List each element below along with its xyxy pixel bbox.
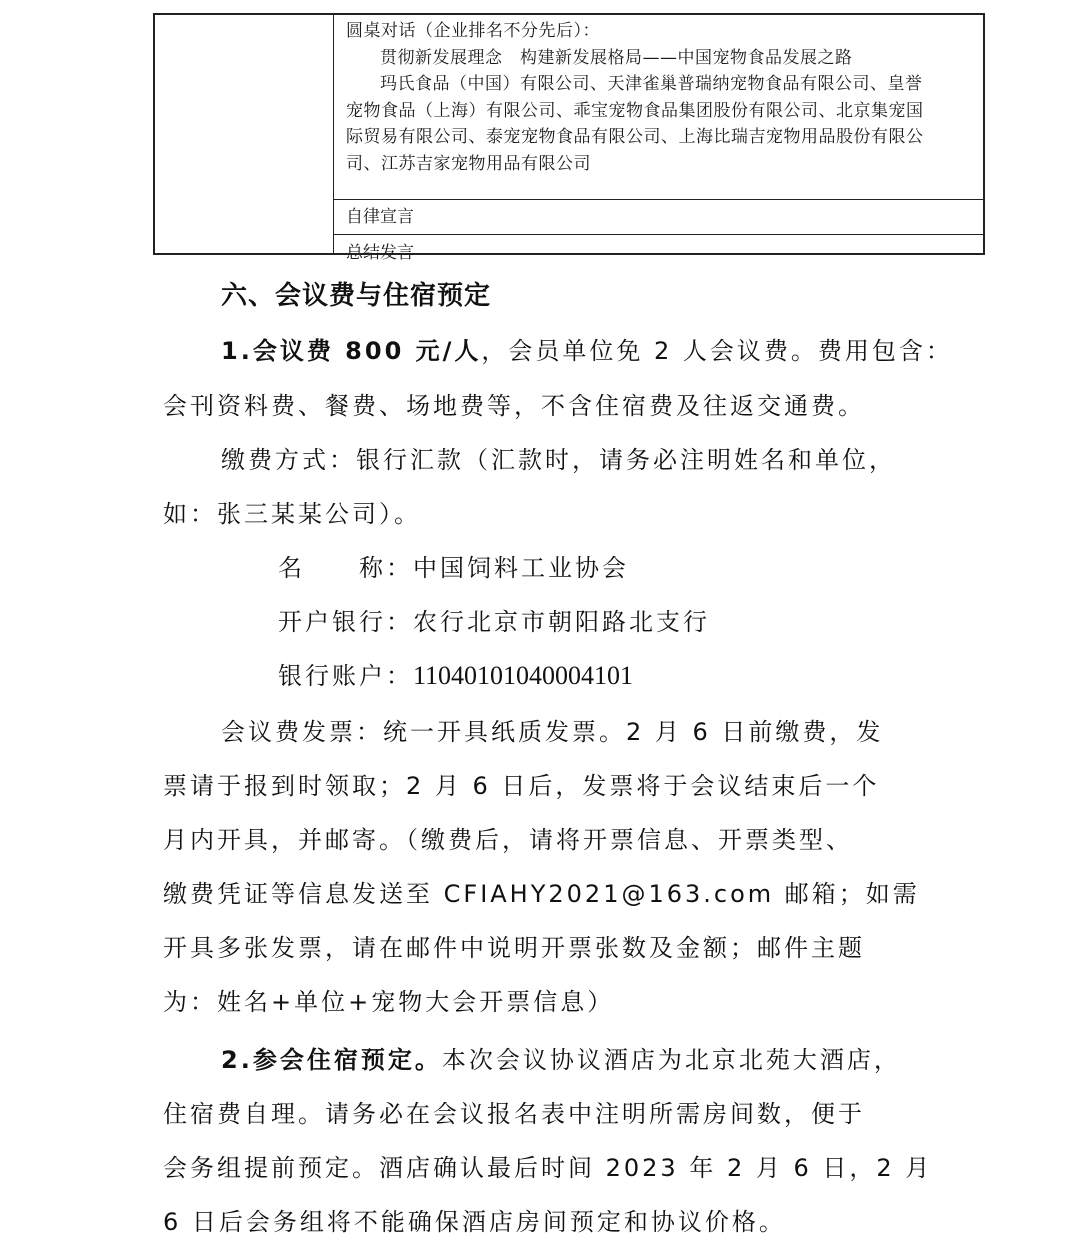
fee-line-1-rest: ，会员单位免 2 人会议费。费用包含：: [481, 337, 953, 365]
roundtable-cell: 圆桌对话（企业排名不分先后）： 贯彻新发展理念 构建新发展格局——中国宠物食品发…: [334, 18, 983, 196]
companies-line: 司、江苏吉家宠物用品有限公司: [346, 151, 983, 178]
fee-line-1: 1.会议费 800 元/人，会员单位免 2 人会议费。费用包含：: [221, 331, 981, 366]
payment-line-2: 如：张三某某公司）。: [163, 494, 923, 529]
bank-account-label: 银行账户：: [278, 662, 413, 690]
fee-line-2: 会刊资料费、餐费、场地费等，不含住宿费及往返交通费。: [163, 386, 923, 421]
roundtable-theme: 贯彻新发展理念 构建新发展格局——中国宠物食品发展之路: [346, 45, 983, 72]
invoice-line: 月内开具，并邮寄。（缴费后，请将开票信息、开票类型、: [163, 820, 923, 855]
bank-name-label: 名 称：: [278, 554, 413, 582]
invoice-line: 票请于报到时领取；2 月 6 日后，发票将于会议结束后一个: [163, 766, 923, 801]
payment-line-1: 缴费方式：银行汇款（汇款时，请务必注明姓名和单位，: [221, 440, 981, 475]
bank-branch-row: 开户银行：农行北京市朝阳路北支行: [278, 602, 1038, 637]
roundtable-title: 圆桌对话（企业排名不分先后）：: [346, 18, 983, 45]
summary-cell: 总结发言: [334, 234, 983, 256]
invoice-line: 为：姓名+单位+宠物大会开票信息）: [163, 982, 923, 1017]
lodging-line-1-rest: 本次会议协议酒店为北京北苑大酒店，: [442, 1046, 901, 1074]
companies-line: 宠物食品（上海）有限公司、乖宝宠物食品集团股份有限公司、北京集宠国: [346, 98, 983, 125]
invoice-line: 缴费凭证等信息发送至 CFIAHY2021@163.com 邮箱；如需: [163, 874, 923, 909]
invoice-line: 开具多张发票，请在邮件中说明开票张数及金额；邮件主题: [163, 928, 923, 963]
bank-account-value: 11040101040004101: [413, 661, 633, 690]
bank-branch-value: 农行北京市朝阳路北支行: [413, 608, 710, 636]
lodging-line-1: 2.参会住宿预定。本次会议协议酒店为北京北苑大酒店，: [221, 1040, 981, 1075]
lodging-line: 6 日后会务组将不能确保酒店房间预定和协议价格。: [163, 1202, 923, 1237]
fee-label: 1.会议费 800 元/人: [221, 337, 481, 365]
lodging-line: 住宿费自理。请务必在会议报名表中注明所需房间数，便于: [163, 1094, 923, 1129]
bank-name-value: 中国饲料工业协会: [413, 554, 629, 582]
invoice-line: 会议费发票：统一开具纸质发票。2 月 6 日前缴费，发: [221, 712, 981, 747]
bank-account-row: 银行账户：11040101040004101: [278, 656, 1038, 691]
agenda-table: 圆桌对话（企业排名不分先后）： 贯彻新发展理念 构建新发展格局——中国宠物食品发…: [153, 13, 985, 255]
lodging-line: 会务组提前预定。酒店确认最后时间 2023 年 2 月 6 日，2 月: [163, 1148, 923, 1183]
section-heading: 六、会议费与住宿预定: [221, 275, 981, 312]
bank-name-row: 名 称：中国饲料工业协会: [278, 548, 1038, 583]
lodging-label: 2.参会住宿预定。: [221, 1046, 442, 1074]
companies-line: 玛氏食品（中国）有限公司、天津雀巢普瑞纳宠物食品有限公司、皇誉: [346, 71, 983, 98]
self-discipline-cell: 自律宣言: [334, 199, 983, 233]
bank-branch-label: 开户银行：: [278, 608, 413, 636]
companies-line: 际贸易有限公司、泰宠宠物食品有限公司、上海比瑞吉宠物用品股份有限公: [346, 124, 983, 151]
